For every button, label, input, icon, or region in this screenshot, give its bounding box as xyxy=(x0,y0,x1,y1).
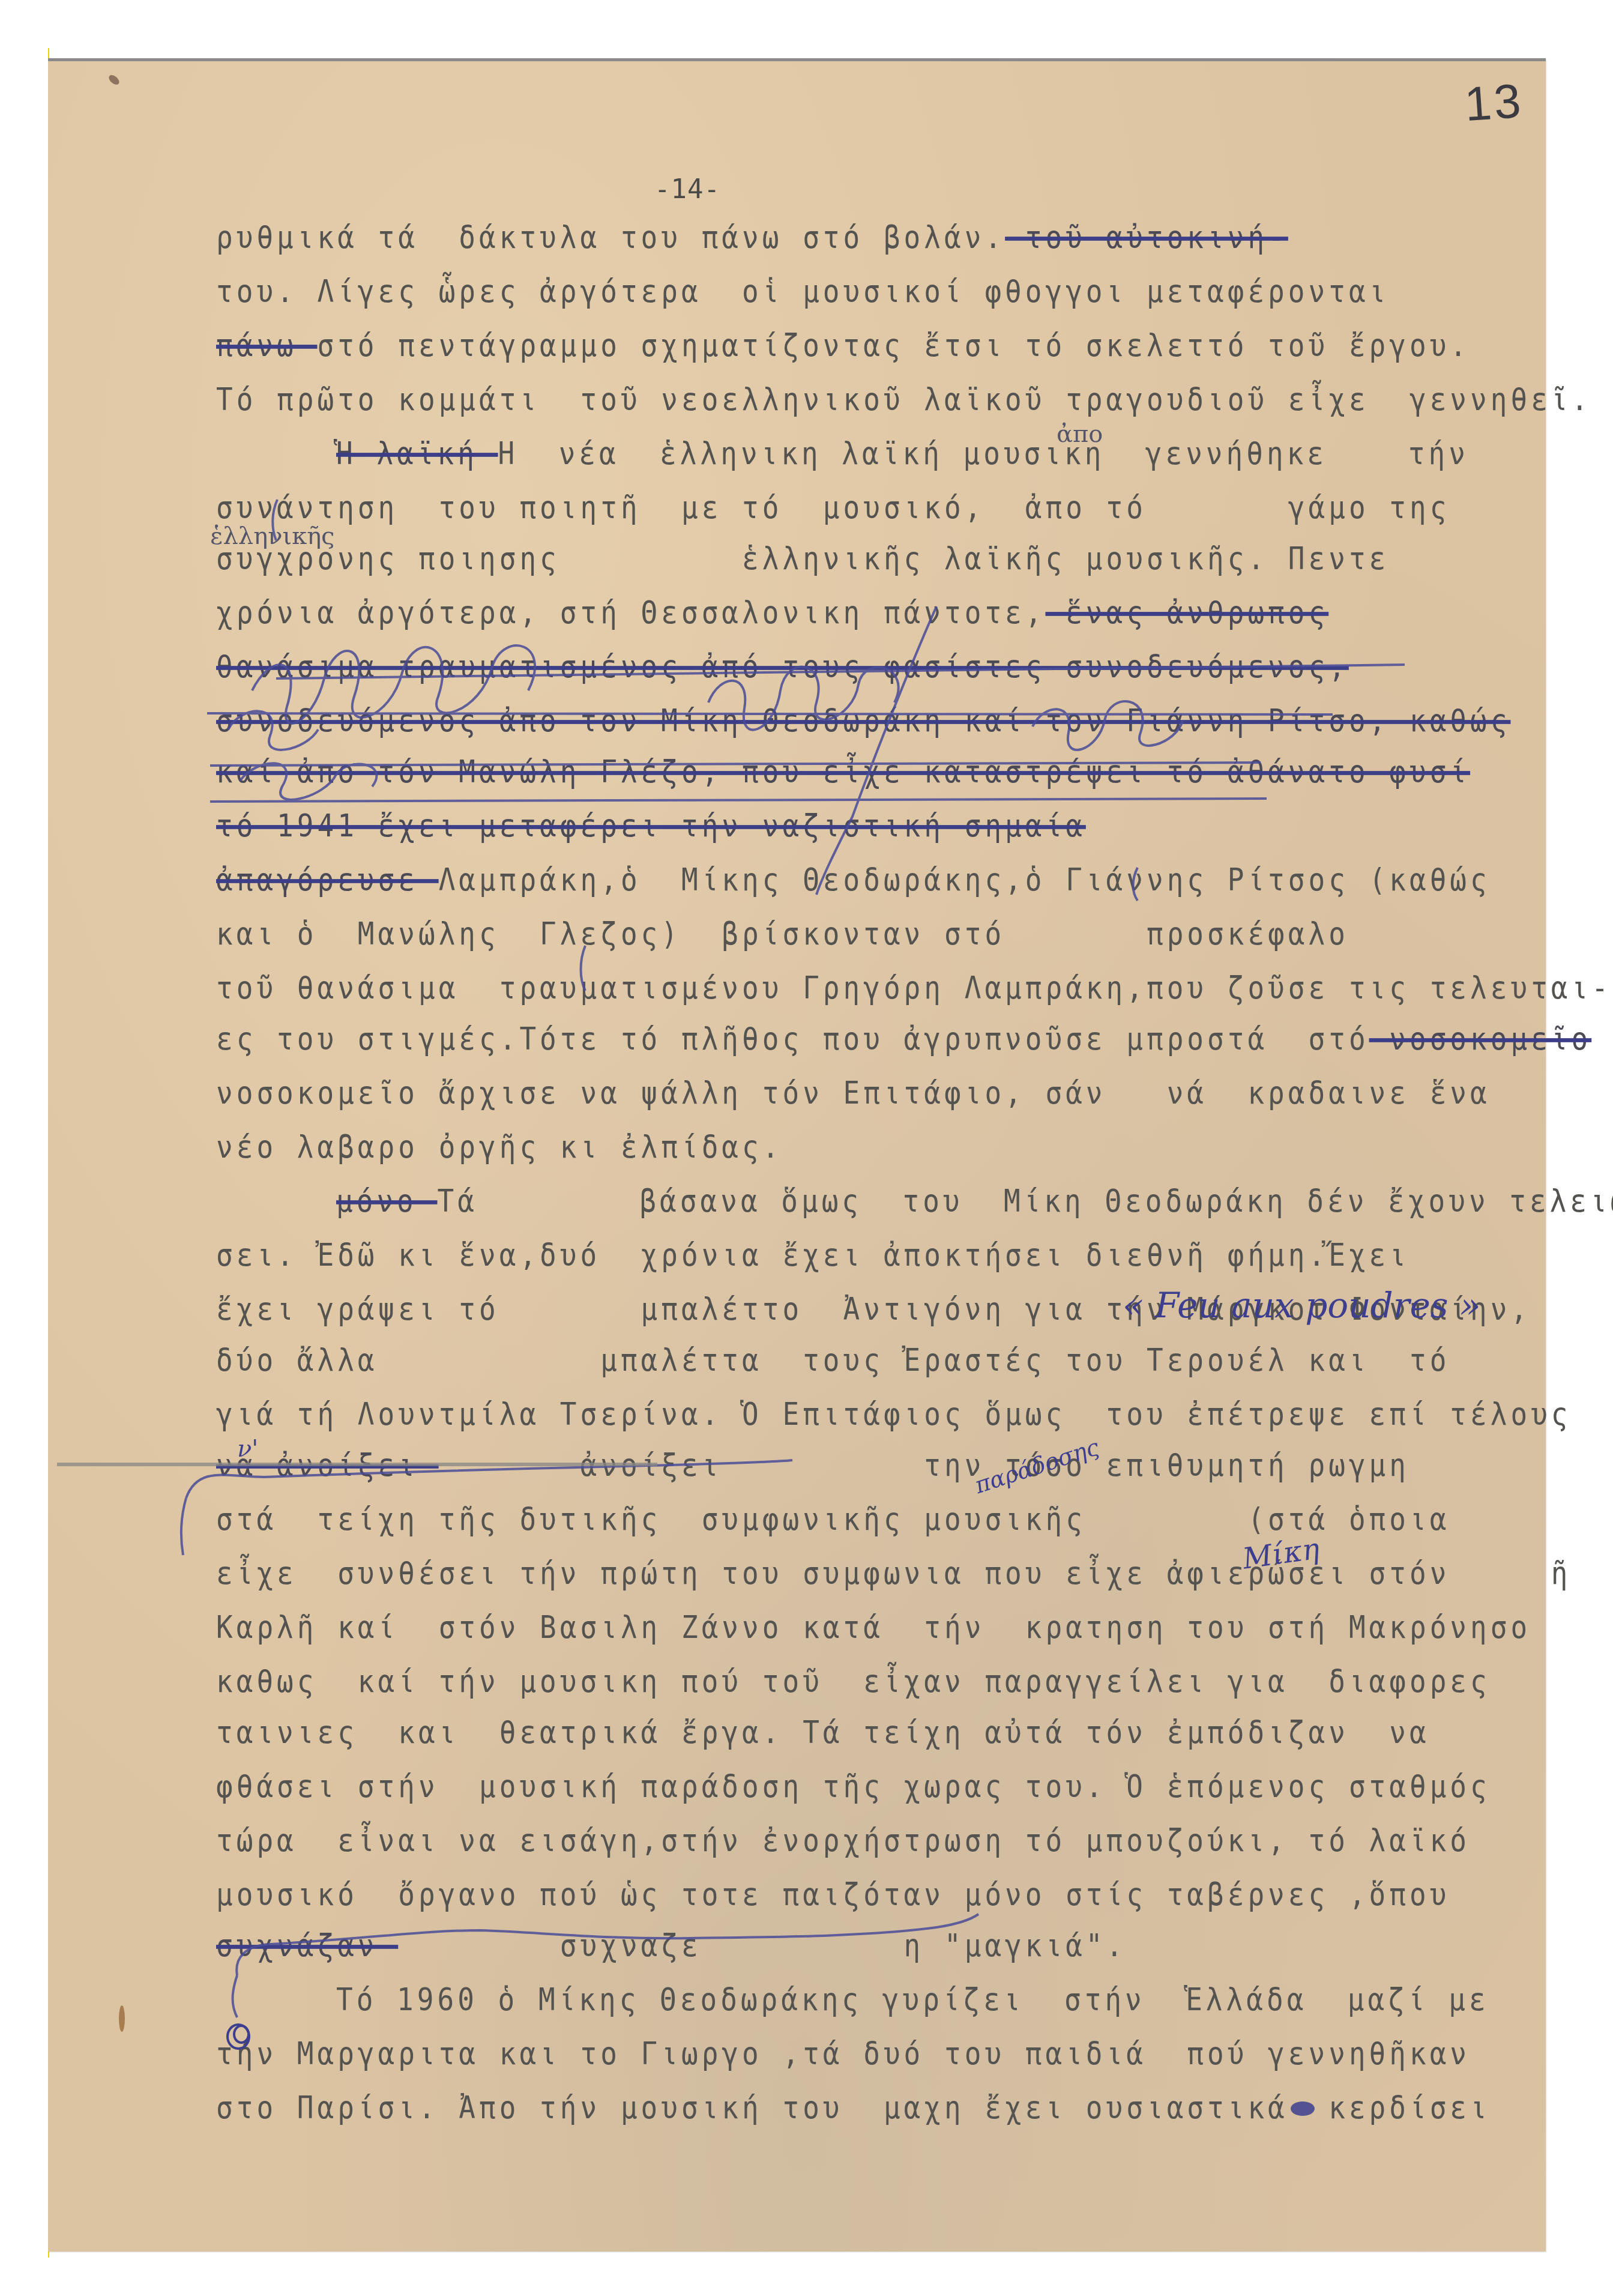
pen-annotations xyxy=(0,0,1613,2296)
insert-ellinikis: ἑλληνικῆς xyxy=(210,522,335,550)
insert-n-apostrophe: ν' xyxy=(237,1435,258,1463)
insert-apo: ἀπο xyxy=(1057,420,1103,448)
handwritten-title-feu-aux-poudres: « Feu aux poudres » xyxy=(1123,1285,1480,1326)
